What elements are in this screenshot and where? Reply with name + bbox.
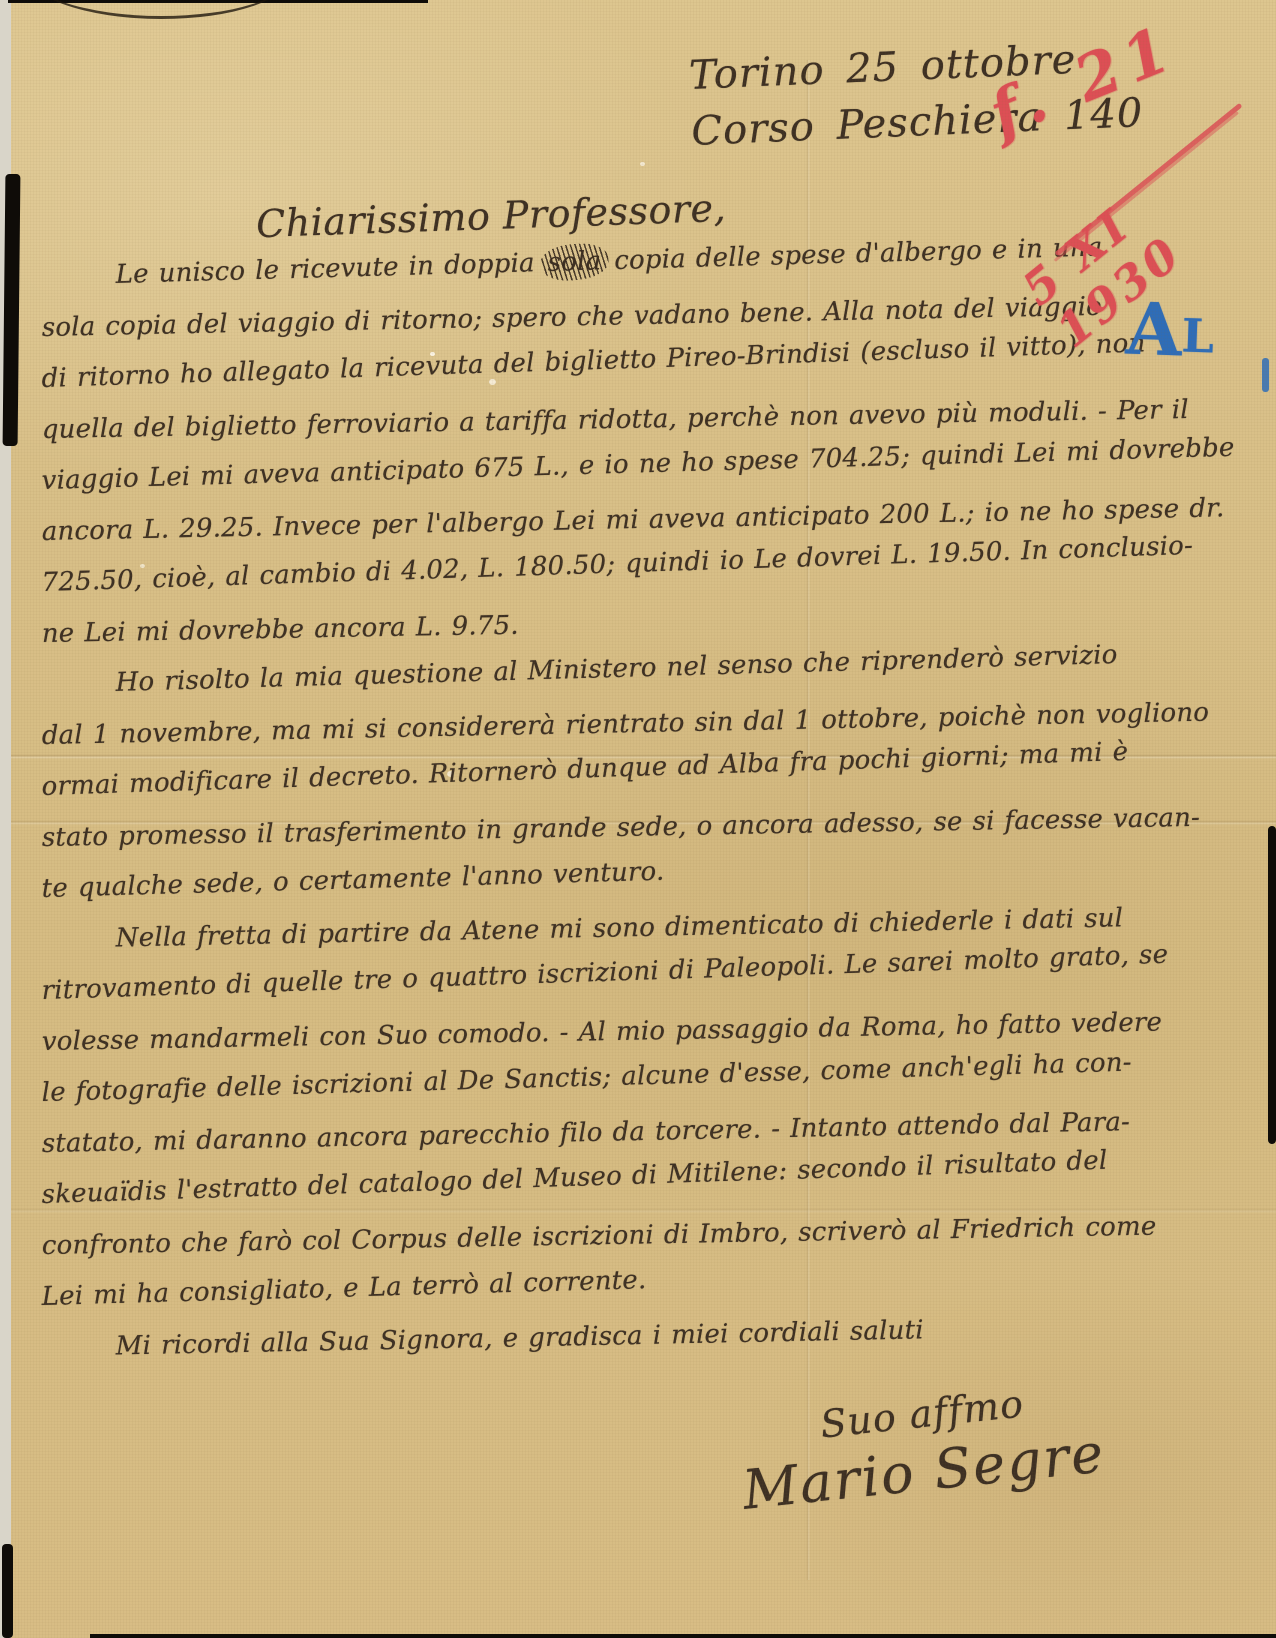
letter-body: Le unisco le ricevute in doppia sola cop… — [42, 262, 1240, 1384]
initial-letter: L — [1181, 308, 1215, 363]
signature: Mario Segre — [740, 1421, 1108, 1522]
scan-edge-shadow — [90, 1634, 1276, 1638]
letter-salutation: Chiarissimo Professore, — [255, 186, 726, 246]
initial-letter: A — [1125, 285, 1184, 372]
scan-edge-shadow — [2, 1544, 13, 1638]
scan-edge-shadow — [3, 174, 21, 446]
cancelled-word: sola — [544, 246, 604, 278]
scan-edge-shadow — [1268, 826, 1276, 1144]
letter-paper: Torino 25 ottobre Corso Peschiera 140 Ch… — [0, 0, 1276, 1638]
archival-initials-mark: AL — [1125, 292, 1216, 367]
blue-edge-mark — [1262, 358, 1269, 392]
scanned-letter: Torino 25 ottobre Corso Peschiera 140 Ch… — [0, 0, 1276, 1638]
line-text: Le unisco le ricevute in doppia — [115, 248, 535, 290]
